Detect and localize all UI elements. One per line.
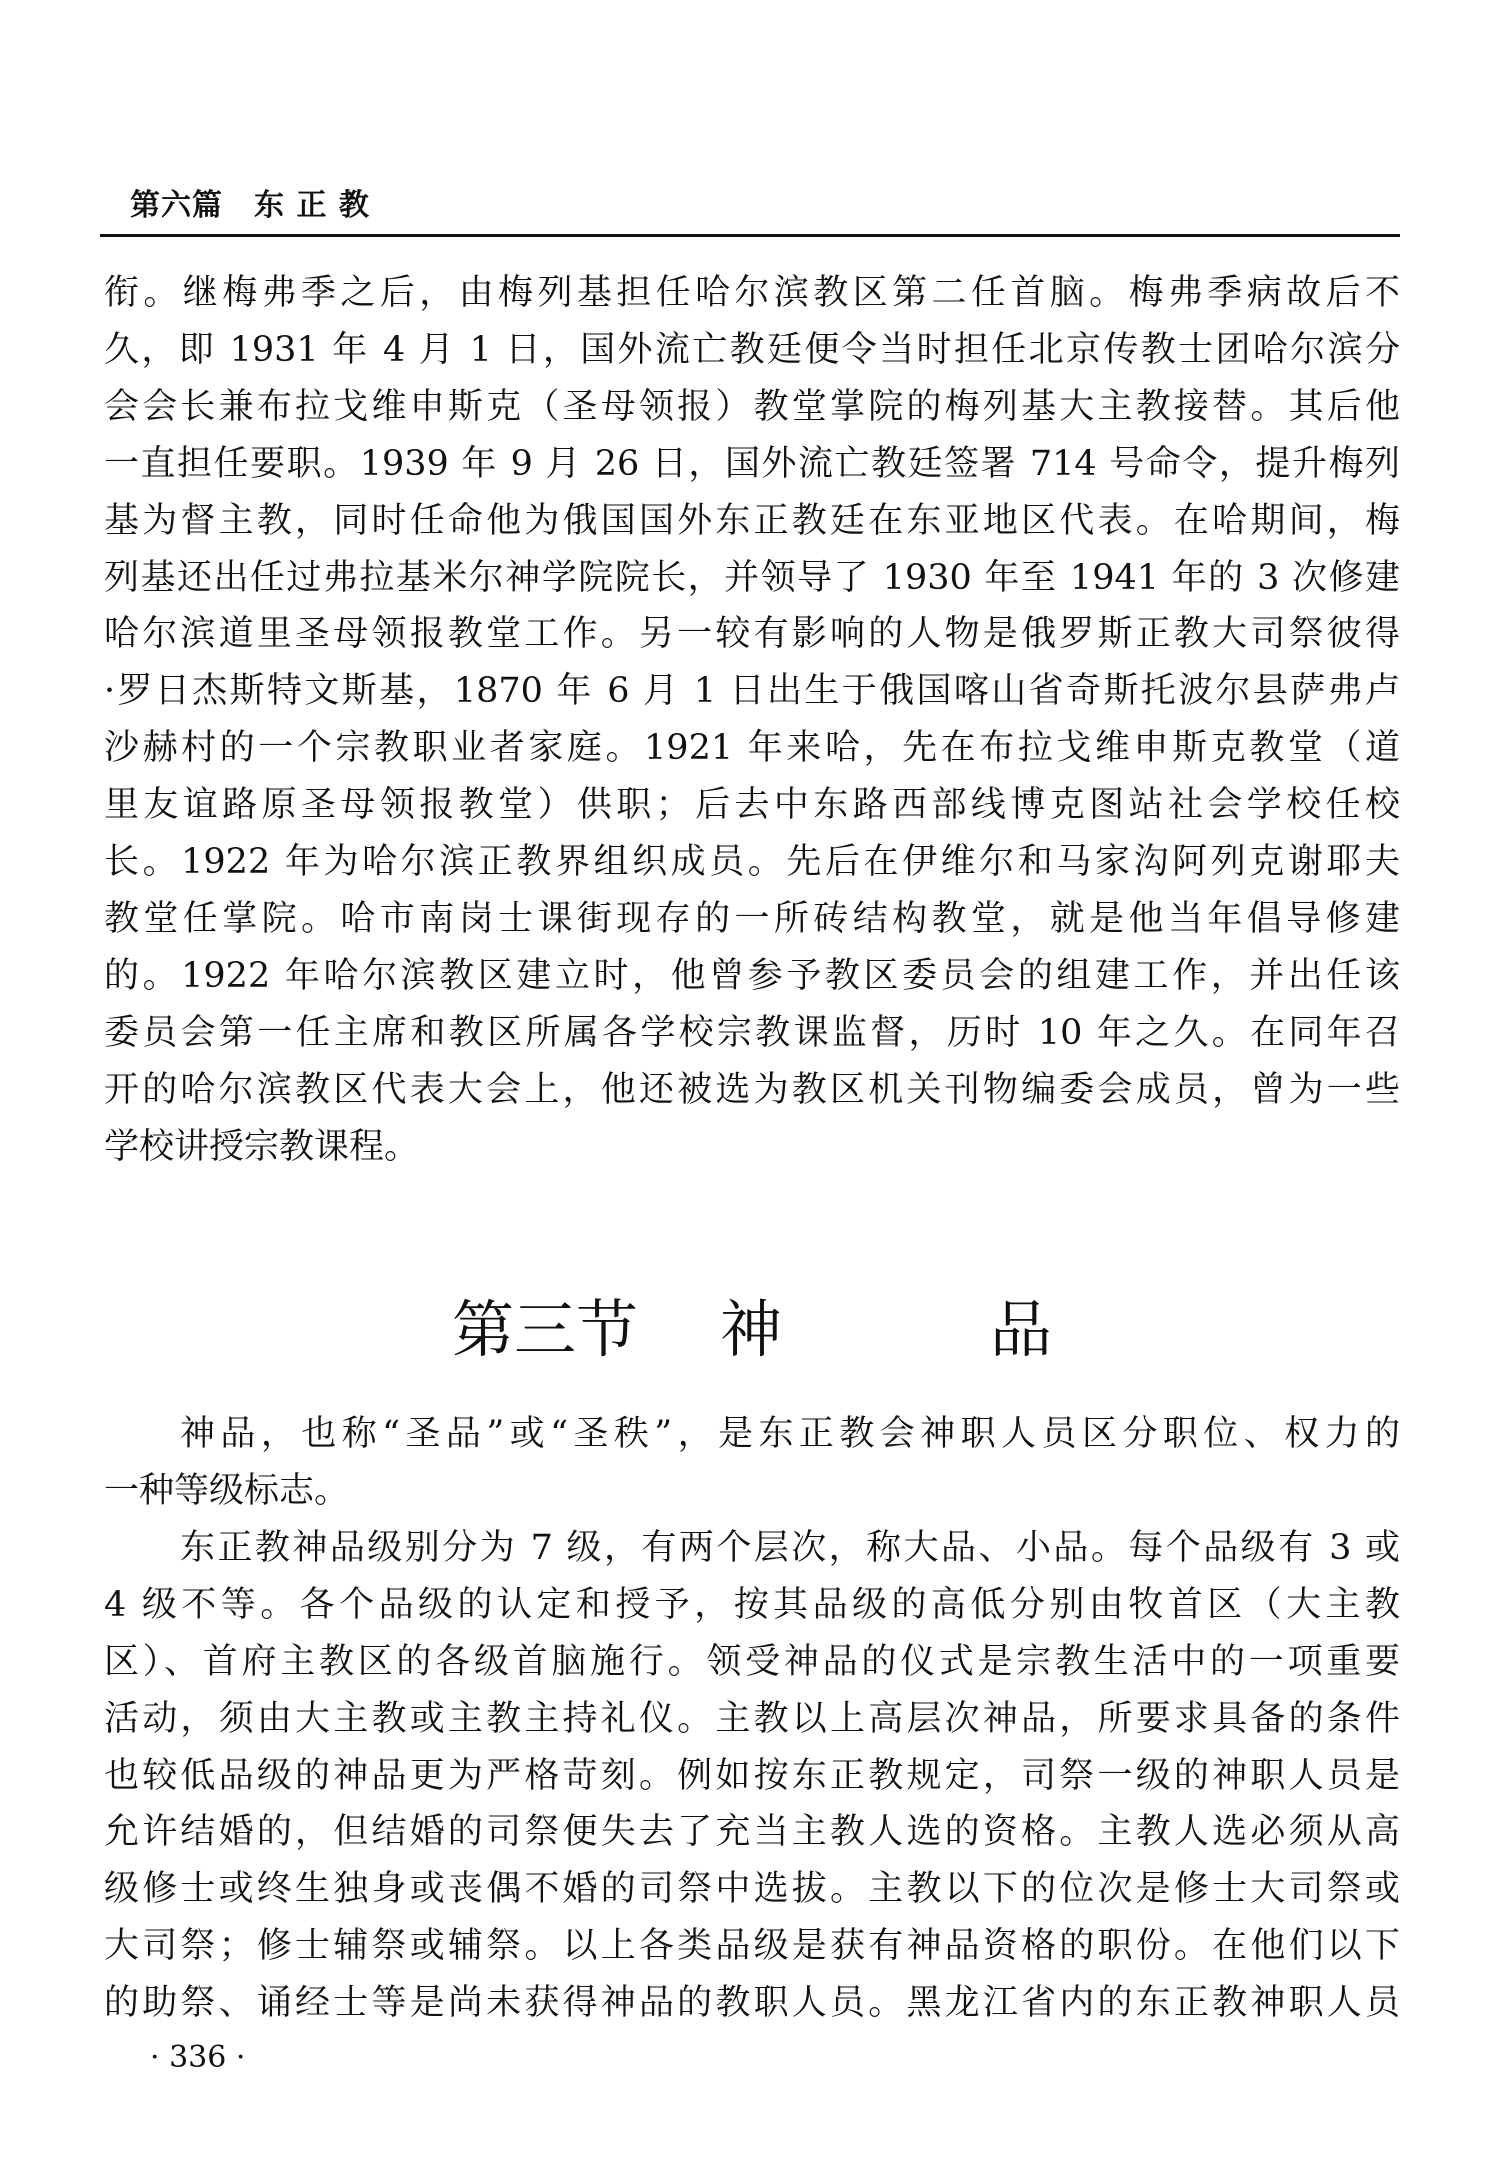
section-title: 第三节 神 品 [0, 1295, 1500, 1365]
text-line: 开的哈尔滨教区代表大会上，他还被选为教区机关刊物编委会成员，曾为一些 [104, 1068, 1400, 1112]
text-line: 允许结婚的，但结婚的司祭便失去了充当主教人选的资格。主教人选必须从高 [104, 1810, 1400, 1854]
text-line: 委员会第一任主席和教区所属各学校宗教课监督，历时 10 年之久。在同年召 [104, 1011, 1400, 1055]
header-rule [100, 234, 1400, 237]
text-line: 大司祭；修士辅祭或辅祭。以上各类品级是获有神品资格的职份。在他们以下 [104, 1924, 1400, 1968]
page-number: · 336 · [150, 2038, 245, 2078]
text-line: 基为督主教，同时任命他为俄国国外东正教廷在东亚地区代表。在哈期间，梅 [104, 499, 1400, 543]
text-line: 4 级不等。各个品级的认定和授予，按其品级的高低分别由牧首区（大主教 [104, 1583, 1400, 1627]
running-head: 第六篇 东 正 教 [130, 186, 370, 226]
text-line: 也较低品级的神品更为严格苛刻。例如按东正教规定，司祭一级的神职人员是 [104, 1754, 1400, 1798]
text-line: 教堂任掌院。哈市南岗士课街现存的一所砖结构教堂，就是他当年倡导修建 [104, 897, 1400, 941]
text-line: 级修士或终生独身或丧偶不婚的司祭中选拔。主教以下的位次是修士大司祭或 [104, 1867, 1400, 1911]
text-line: 列基还出任过弗拉基米尔神学院院长，并领导了 1930 年至 1941 年的 3 … [104, 556, 1400, 600]
text-line: 长。1922 年为哈尔滨正教界组织成员。先后在伊维尔和马家沟阿列克谢耶夫 [104, 840, 1400, 884]
text-line: 一直担任要职。1939 年 9 月 26 日，国外流亡教廷签署 714 号命令，… [104, 442, 1400, 486]
text-line: ·罗日杰斯特文斯基，1870 年 6 月 1 日出生于俄国喀山省奇斯托波尔县萨弗… [104, 669, 1400, 713]
text-line: 学校讲授宗教课程。 [104, 1125, 1400, 1169]
text-line: 会会长兼布拉戈维申斯克（圣母领报）教堂掌院的梅列基大主教接替。其后他 [104, 385, 1400, 429]
section-number: 第三节 [452, 1295, 638, 1365]
text-line: 的。1922 年哈尔滨教区建立时，他曾参予教区委员会的组建工作，并出任该 [104, 954, 1400, 998]
text-line: 的助祭、诵经士等是尚未获得神品的教职人员。黑龙江省内的东正教神职人员 [104, 1981, 1400, 2025]
text-line: 东正教神品级别分为 7 级，有两个层次，称大品、小品。每个品级有 3 或 [180, 1526, 1400, 1570]
text-line: 里友谊路原圣母领报教堂）供职；后去中东路西部线博克图站社会学校任校 [104, 783, 1400, 827]
text-line: 久，即 1931 年 4 月 1 日，国外流亡教廷便令当时担任北京传教士团哈尔滨… [104, 328, 1400, 372]
text-line: 沙赫村的一个宗教职业者家庭。1921 年来哈，先在布拉戈维申斯克教堂（道 [104, 726, 1400, 770]
text-line: 哈尔滨道里圣母领报教堂工作。另一较有影响的人物是俄罗斯正教大司祭彼得 [104, 612, 1400, 656]
section-title-char-1: 神 [720, 1295, 782, 1365]
text-line: 一种等级标志。 [104, 1469, 1400, 1513]
text-line: 神品，也称“圣品”或“圣秩”，是东正教会神职人员区分职位、权力的 [180, 1412, 1400, 1456]
text-line: 活动，须由大主教或主教主持礼仪。主教以上高层次神品，所要求具备的条件 [104, 1697, 1400, 1741]
section-title-char-2: 品 [990, 1295, 1052, 1365]
text-line: 衔。继梅弗季之后，由梅列基担任哈尔滨教区第二任首脑。梅弗季病故后不 [104, 271, 1400, 315]
text-line: 区）、首府主教区的各级首脑施行。领受神品的仪式是宗教生活中的一项重要 [104, 1640, 1400, 1684]
